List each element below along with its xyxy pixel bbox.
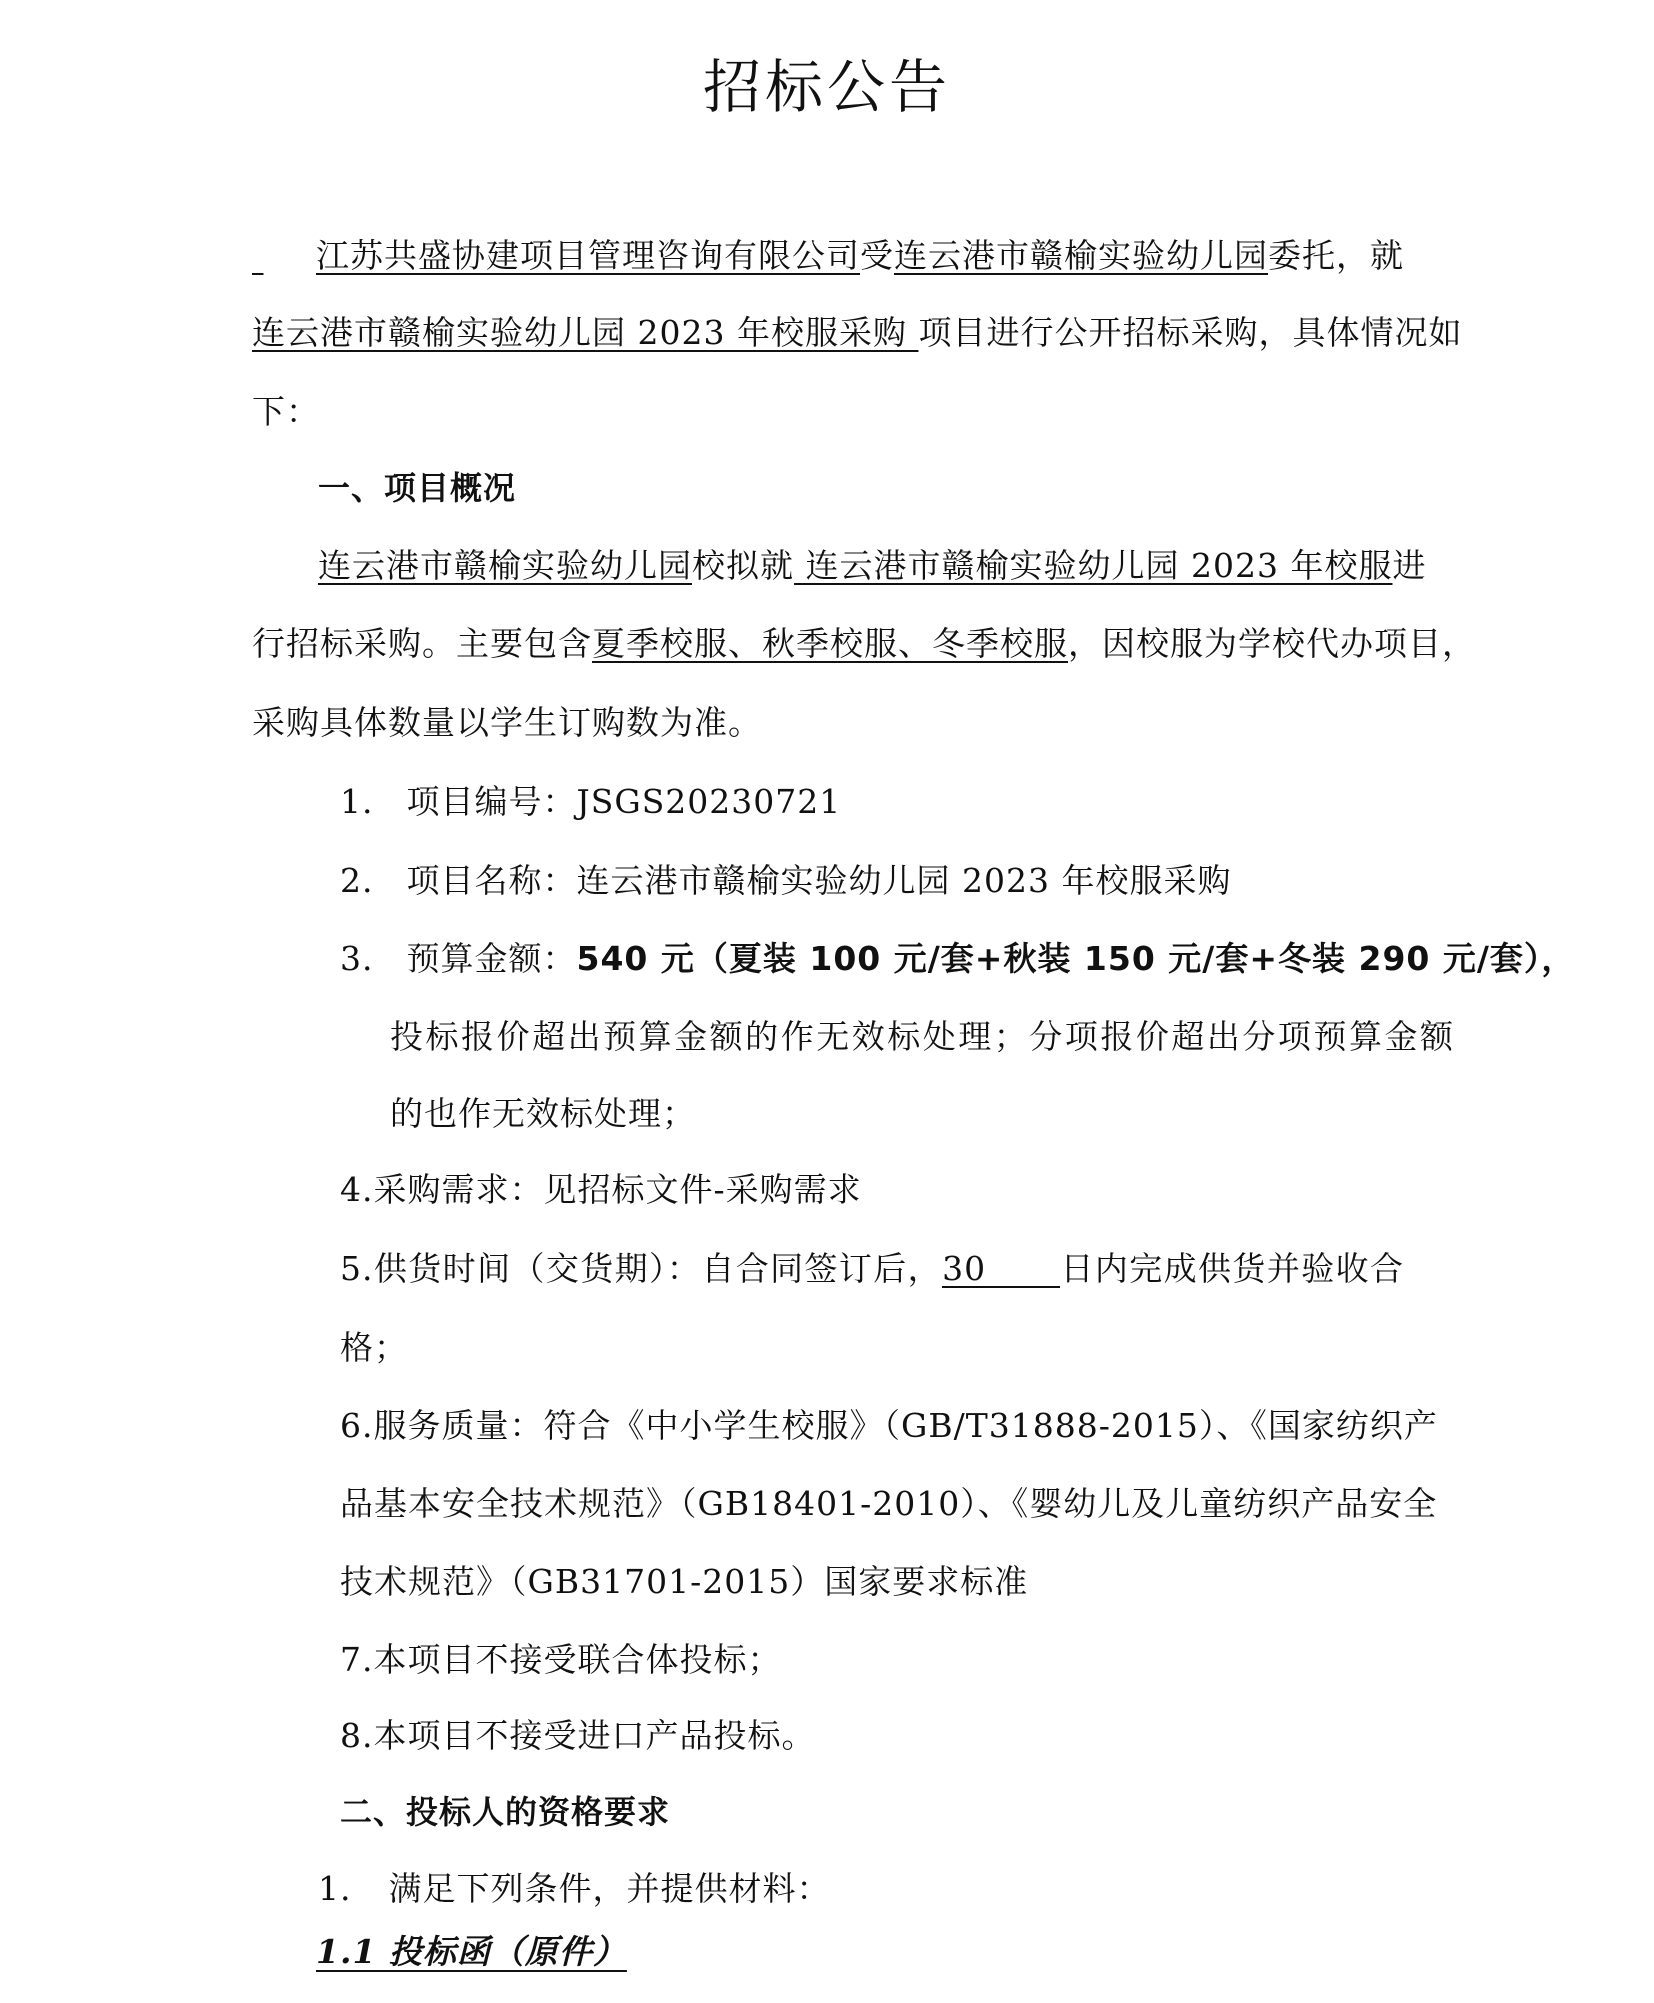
item-text: 本项目不接受联合体投标；: [374, 1640, 782, 1679]
item-number: 7.: [340, 1640, 374, 1679]
project-name-link: 连云港市赣榆实验幼儿园 2023 年校服采购: [252, 313, 907, 352]
subsection-bid-letter: 1.1 投标函（原件）: [316, 1932, 627, 1972]
overview-text: ，因校服为学校代办项目，: [1068, 624, 1476, 663]
overview-purchaser: 连云港市赣榆实验幼儿园: [318, 546, 692, 585]
qualification-item-1: 1. 满足下列条件，并提供材料：: [318, 1869, 831, 1909]
overview-line-3: 采购具体数量以学生订购数为准。: [252, 703, 762, 743]
item-number: 1.: [318, 1869, 352, 1908]
service-quality-line-3: 技术规范》（GB31701-2015）国家要求标准: [340, 1562, 1028, 1602]
item-project-name: 2. 项目名称：连云港市赣榆实验幼儿园 2023 年校服采购: [340, 861, 1231, 901]
item-label: 采购需求：: [374, 1170, 544, 1209]
item-number: 5.: [340, 1249, 374, 1288]
delivery-days-blank: 30: [942, 1252, 1060, 1288]
item-delivery-time: 5.供货时间（交货期）：自合同签订后，30日内完成供货并验收合: [340, 1249, 1404, 1289]
overview-project: 连云港市赣榆实验幼儿园 2023 年校服: [806, 546, 1393, 585]
uniform-types: 夏季校服、秋季校服、冬季校服: [592, 624, 1068, 663]
item-value: JSGS20230721: [577, 782, 842, 821]
overview-text: 进: [1392, 546, 1426, 585]
item-service-quality: 6.服务质量：符合《中小学生校服》（GB/T31888-2015）、《国家纺织产: [340, 1406, 1404, 1446]
item-value: 自合同签订后，: [701, 1249, 942, 1288]
item-budget: 3. 预算金额：540 元（夏装 100 元/套+秋装 150 元/套+冬装 2…: [340, 939, 1575, 979]
item-value: 连云港市赣榆实验幼儿园 2023 年校服采购: [577, 861, 1232, 900]
item-text: 满足下列条件，并提供材料：: [389, 1869, 831, 1908]
item-procurement-needs: 4.采购需求：见招标文件-采购需求: [340, 1170, 862, 1210]
intro-text: 受: [860, 236, 894, 275]
item-text: 本项目不接受进口产品投标。: [374, 1716, 816, 1755]
item-value: 日内完成供货并验收合: [1060, 1249, 1404, 1288]
item-number: 1.: [340, 782, 374, 821]
item-number: 3.: [340, 939, 374, 978]
item-no-imports: 8.本项目不接受进口产品投标。: [340, 1716, 816, 1756]
item-value: 见招标文件-采购需求: [544, 1170, 862, 1209]
item-label: 项目编号：: [407, 782, 577, 821]
intro-text: 项目进行公开招标采购，具体情况如: [918, 313, 1462, 352]
item-value: 符合《中小学生校服》（GB/T31888-2015）、《国家纺织产: [544, 1406, 1438, 1445]
overview-line-1: 连云港市赣榆实验幼儿园校拟就 连云港市赣榆实验幼儿园 2023 年校服进: [252, 546, 1404, 586]
item-label: 预算金额：: [407, 939, 577, 978]
item-number: 8.: [340, 1716, 374, 1755]
overview-line-2: 行招标采购。主要包含夏季校服、秋季校服、冬季校服，因校服为学校代办项目，: [252, 624, 1404, 664]
item-number: 4.: [340, 1170, 374, 1209]
service-quality-line-2: 品基本安全技术规范》（GB18401-2010）、《婴幼儿及儿童纺织产品安全: [340, 1484, 1404, 1524]
budget-amount: 540 元（夏装 100 元/套+秋装 150 元/套+冬装 290 元/套），: [577, 939, 1576, 978]
intro-line-2: 连云港市赣榆实验幼儿园 2023 年校服采购 项目进行公开招标采购，具体情况如: [252, 313, 1404, 353]
item-number: 6.: [340, 1406, 374, 1445]
document-title: 招标公告: [0, 52, 1654, 122]
budget-note-line-1: 投标报价超出预算金额的作无效标处理；分项报价超出分项预算金额: [390, 1017, 1454, 1057]
delivery-line-2: 格；: [340, 1328, 408, 1368]
intro-text: 委托，就: [1268, 236, 1404, 275]
budget-note-line-2: 的也作无效标处理；: [390, 1094, 696, 1134]
item-project-number: 1. 项目编号：JSGS20230721: [340, 782, 841, 822]
item-label: 项目名称：: [407, 861, 577, 900]
section-2-heading: 二、投标人的资格要求: [340, 1792, 670, 1832]
item-label: 服务质量：: [374, 1406, 544, 1445]
item-number: 2.: [340, 861, 374, 900]
overview-text: 校拟就: [692, 546, 794, 585]
item-label: 供货时间（交货期）：: [374, 1249, 702, 1288]
intro-line-3: 下：: [252, 392, 320, 432]
intro-line-1: 江苏共盛协建项目管理咨询有限公司受连云港市赣榆实验幼儿园委托，就: [252, 236, 1404, 276]
section-1-heading: 一、项目概况: [318, 468, 516, 508]
agency-name: 江苏共盛协建项目管理咨询有限公司: [316, 236, 860, 275]
item-no-consortium: 7.本项目不接受联合体投标；: [340, 1640, 782, 1680]
purchaser-name: 连云港市赣榆实验幼儿园: [894, 236, 1268, 275]
overview-text: 行招标采购。主要包含: [252, 624, 592, 663]
